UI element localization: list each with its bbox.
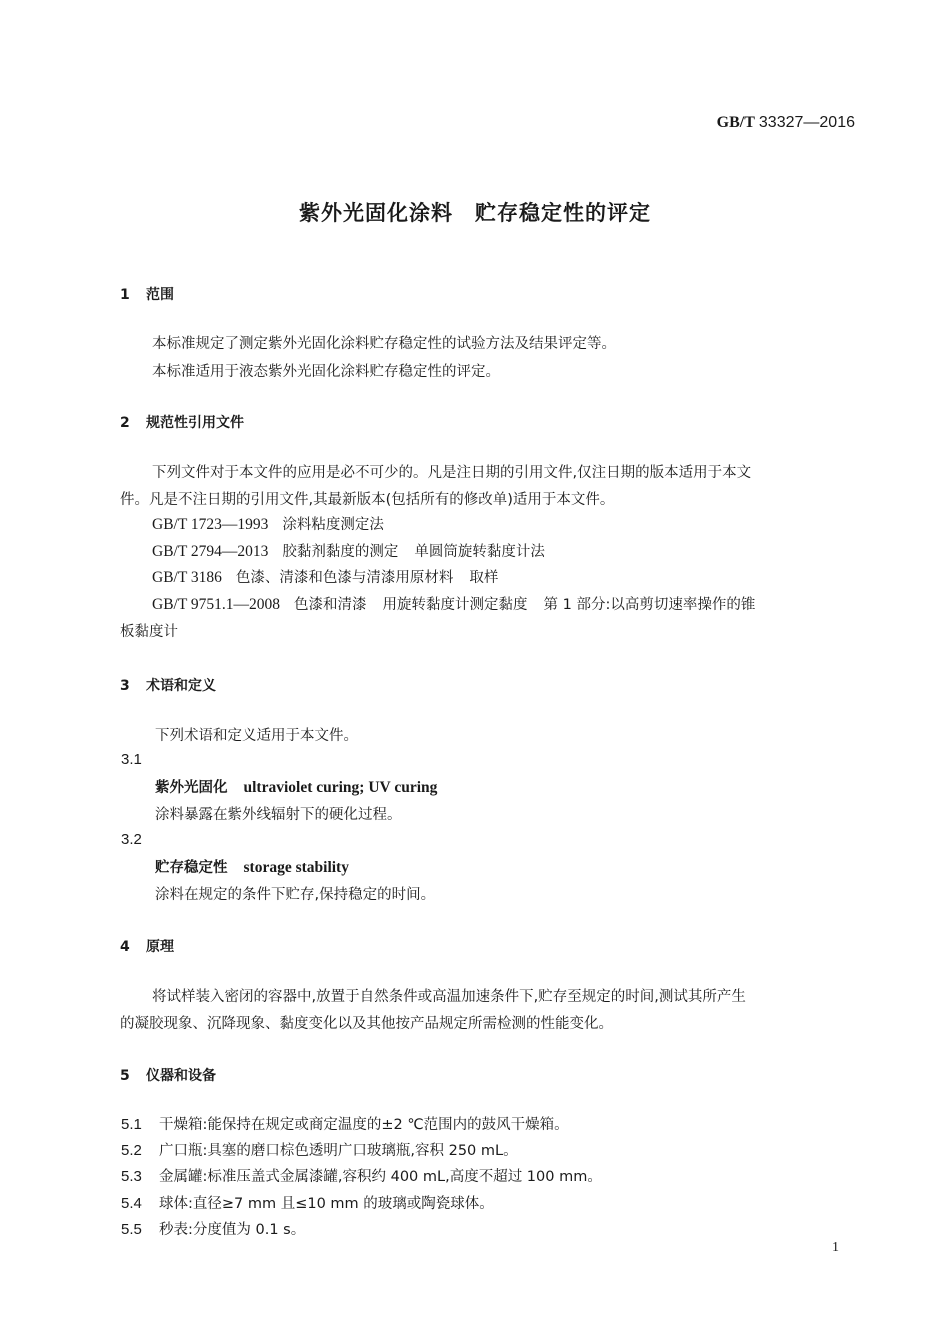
reference-title: 色漆和清漆 bbox=[294, 597, 367, 613]
reference-item: GB/T 1723—1993涂料粘度测定法 bbox=[152, 513, 384, 534]
term-heading: 贮存稳定性storage stability bbox=[155, 856, 349, 877]
reference-item: GB/T 3186色漆、清漆和色漆与清漆用原材料取样 bbox=[152, 566, 498, 587]
item-number: 5.1 bbox=[121, 1116, 159, 1133]
equipment-item: 5.1干燥箱:能保持在规定或商定温度的±2 ℃范围内的鼓风干燥箱。 bbox=[121, 1113, 569, 1134]
reference-item: GB/T 9751.1—2008色漆和清漆用旋转黏度计测定黏度第 1 部分:以高… bbox=[152, 593, 755, 614]
equipment-item: 5.3金属罐:标准压盖式金属漆罐,容积约 400 mL,高度不超过 100 mm… bbox=[121, 1165, 602, 1186]
item-number: 5.2 bbox=[121, 1142, 159, 1159]
item-text: 干燥箱:能保持在规定或商定温度的±2 ℃范围内的鼓风干燥箱。 bbox=[159, 1117, 569, 1133]
section-title: 规范性引用文件 bbox=[146, 415, 244, 431]
reference-title: 胶黏剂黏度的测定 bbox=[282, 544, 398, 560]
term-zh: 紫外光固化 bbox=[155, 780, 228, 796]
section-number: 5 bbox=[120, 1068, 146, 1084]
reference-subtitle: 单圆筒旋转黏度计法 bbox=[414, 544, 545, 560]
standard-code: GB/T 33327—2016 bbox=[717, 114, 855, 132]
section-title: 仪器和设备 bbox=[146, 1068, 216, 1084]
item-text: 秒表:分度值为 0.1 s。 bbox=[159, 1222, 305, 1238]
reference-part: 第 1 部分:以高剪切速率操作的锥 bbox=[544, 597, 756, 613]
equipment-item: 5.2广口瓶:具塞的磨口棕色透明广口玻璃瓶,容积 250 mL。 bbox=[121, 1139, 518, 1160]
reference-subtitle: 用旋转黏度计测定黏度 bbox=[383, 597, 528, 613]
section-title: 原理 bbox=[146, 939, 174, 955]
page-number: 1 bbox=[832, 1240, 839, 1256]
section-3-heading: 3术语和定义 bbox=[120, 675, 216, 695]
term-definition: 涂料在规定的条件下贮存,保持稳定的时间。 bbox=[155, 883, 435, 904]
equipment-item: 5.4球体:直径≥7 mm 且≤10 mm 的玻璃或陶瓷球体。 bbox=[121, 1192, 494, 1213]
equipment-item: 5.5秒表:分度值为 0.1 s。 bbox=[121, 1218, 305, 1239]
section-title: 范围 bbox=[146, 287, 174, 303]
paragraph: 将试样装入密闭的容器中,放置于自然条件或高温加速条件下,贮存至规定的时间,测试其… bbox=[152, 985, 746, 1006]
reference-code: GB/T 9751.1—2008 bbox=[152, 596, 280, 613]
reference-code: GB/T 2794—2013 bbox=[152, 543, 268, 560]
item-text: 金属罐:标准压盖式金属漆罐,容积约 400 mL,高度不超过 100 mm。 bbox=[159, 1169, 602, 1185]
paragraph: 本标准适用于液态紫外光固化涂料贮存稳定性的评定。 bbox=[152, 360, 500, 381]
document-title: 紫外光固化涂料 贮存稳定性的评定 bbox=[0, 197, 950, 227]
paragraph: 下列术语和定义适用于本文件。 bbox=[155, 724, 358, 745]
reference-code: GB/T 1723—1993 bbox=[152, 516, 268, 533]
term-zh: 贮存稳定性 bbox=[155, 860, 228, 876]
section-4-heading: 4原理 bbox=[120, 936, 174, 956]
section-2-heading: 2规范性引用文件 bbox=[120, 412, 244, 432]
paragraph: 下列文件对于本文件的应用是必不可少的。凡是注日期的引用文件,仅注日期的版本适用于… bbox=[152, 461, 751, 482]
item-text: 球体:直径≥7 mm 且≤10 mm 的玻璃或陶瓷球体。 bbox=[159, 1196, 494, 1212]
section-number: 4 bbox=[120, 939, 146, 955]
paragraph: 件。凡是不注日期的引用文件,其最新版本(包括所有的修改单)适用于本文件。 bbox=[120, 488, 614, 509]
section-5-heading: 5仪器和设备 bbox=[120, 1065, 216, 1085]
standard-prefix: GB/T bbox=[717, 114, 755, 131]
term-en: storage stability bbox=[244, 859, 349, 876]
section-number: 3 bbox=[120, 678, 146, 694]
reference-code: GB/T 3186 bbox=[152, 569, 222, 586]
reference-title: 色漆、清漆和色漆与清漆用原材料 bbox=[236, 570, 454, 586]
standard-number: 33327—2016 bbox=[759, 114, 855, 131]
paragraph: 的凝胶现象、沉降现象、黏度变化以及其他按产品规定所需检测的性能变化。 bbox=[120, 1012, 613, 1033]
term-heading: 紫外光固化ultraviolet curing; UV curing bbox=[155, 776, 437, 797]
reference-item: GB/T 2794—2013胶黏剂黏度的测定单圆筒旋转黏度计法 bbox=[152, 540, 545, 561]
reference-continuation: 板黏度计 bbox=[120, 620, 178, 641]
section-number: 1 bbox=[120, 287, 146, 303]
section-number: 2 bbox=[120, 415, 146, 431]
term-en: ultraviolet curing; UV curing bbox=[244, 779, 438, 796]
item-number: 5.5 bbox=[121, 1221, 159, 1238]
reference-title: 涂料粘度测定法 bbox=[282, 517, 384, 533]
item-number: 5.3 bbox=[121, 1168, 159, 1185]
paragraph: 本标准规定了测定紫外光固化涂料贮存稳定性的试验方法及结果评定等。 bbox=[152, 332, 616, 353]
item-text: 广口瓶:具塞的磨口棕色透明广口玻璃瓶,容积 250 mL。 bbox=[159, 1143, 518, 1159]
term-definition: 涂料暴露在紫外线辐射下的硬化过程。 bbox=[155, 803, 402, 824]
term-number: 3.1 bbox=[121, 751, 142, 768]
reference-subtitle: 取样 bbox=[469, 570, 498, 586]
term-number: 3.2 bbox=[121, 831, 142, 848]
section-title: 术语和定义 bbox=[146, 678, 216, 694]
section-1-heading: 1范围 bbox=[120, 284, 174, 304]
item-number: 5.4 bbox=[121, 1195, 159, 1212]
